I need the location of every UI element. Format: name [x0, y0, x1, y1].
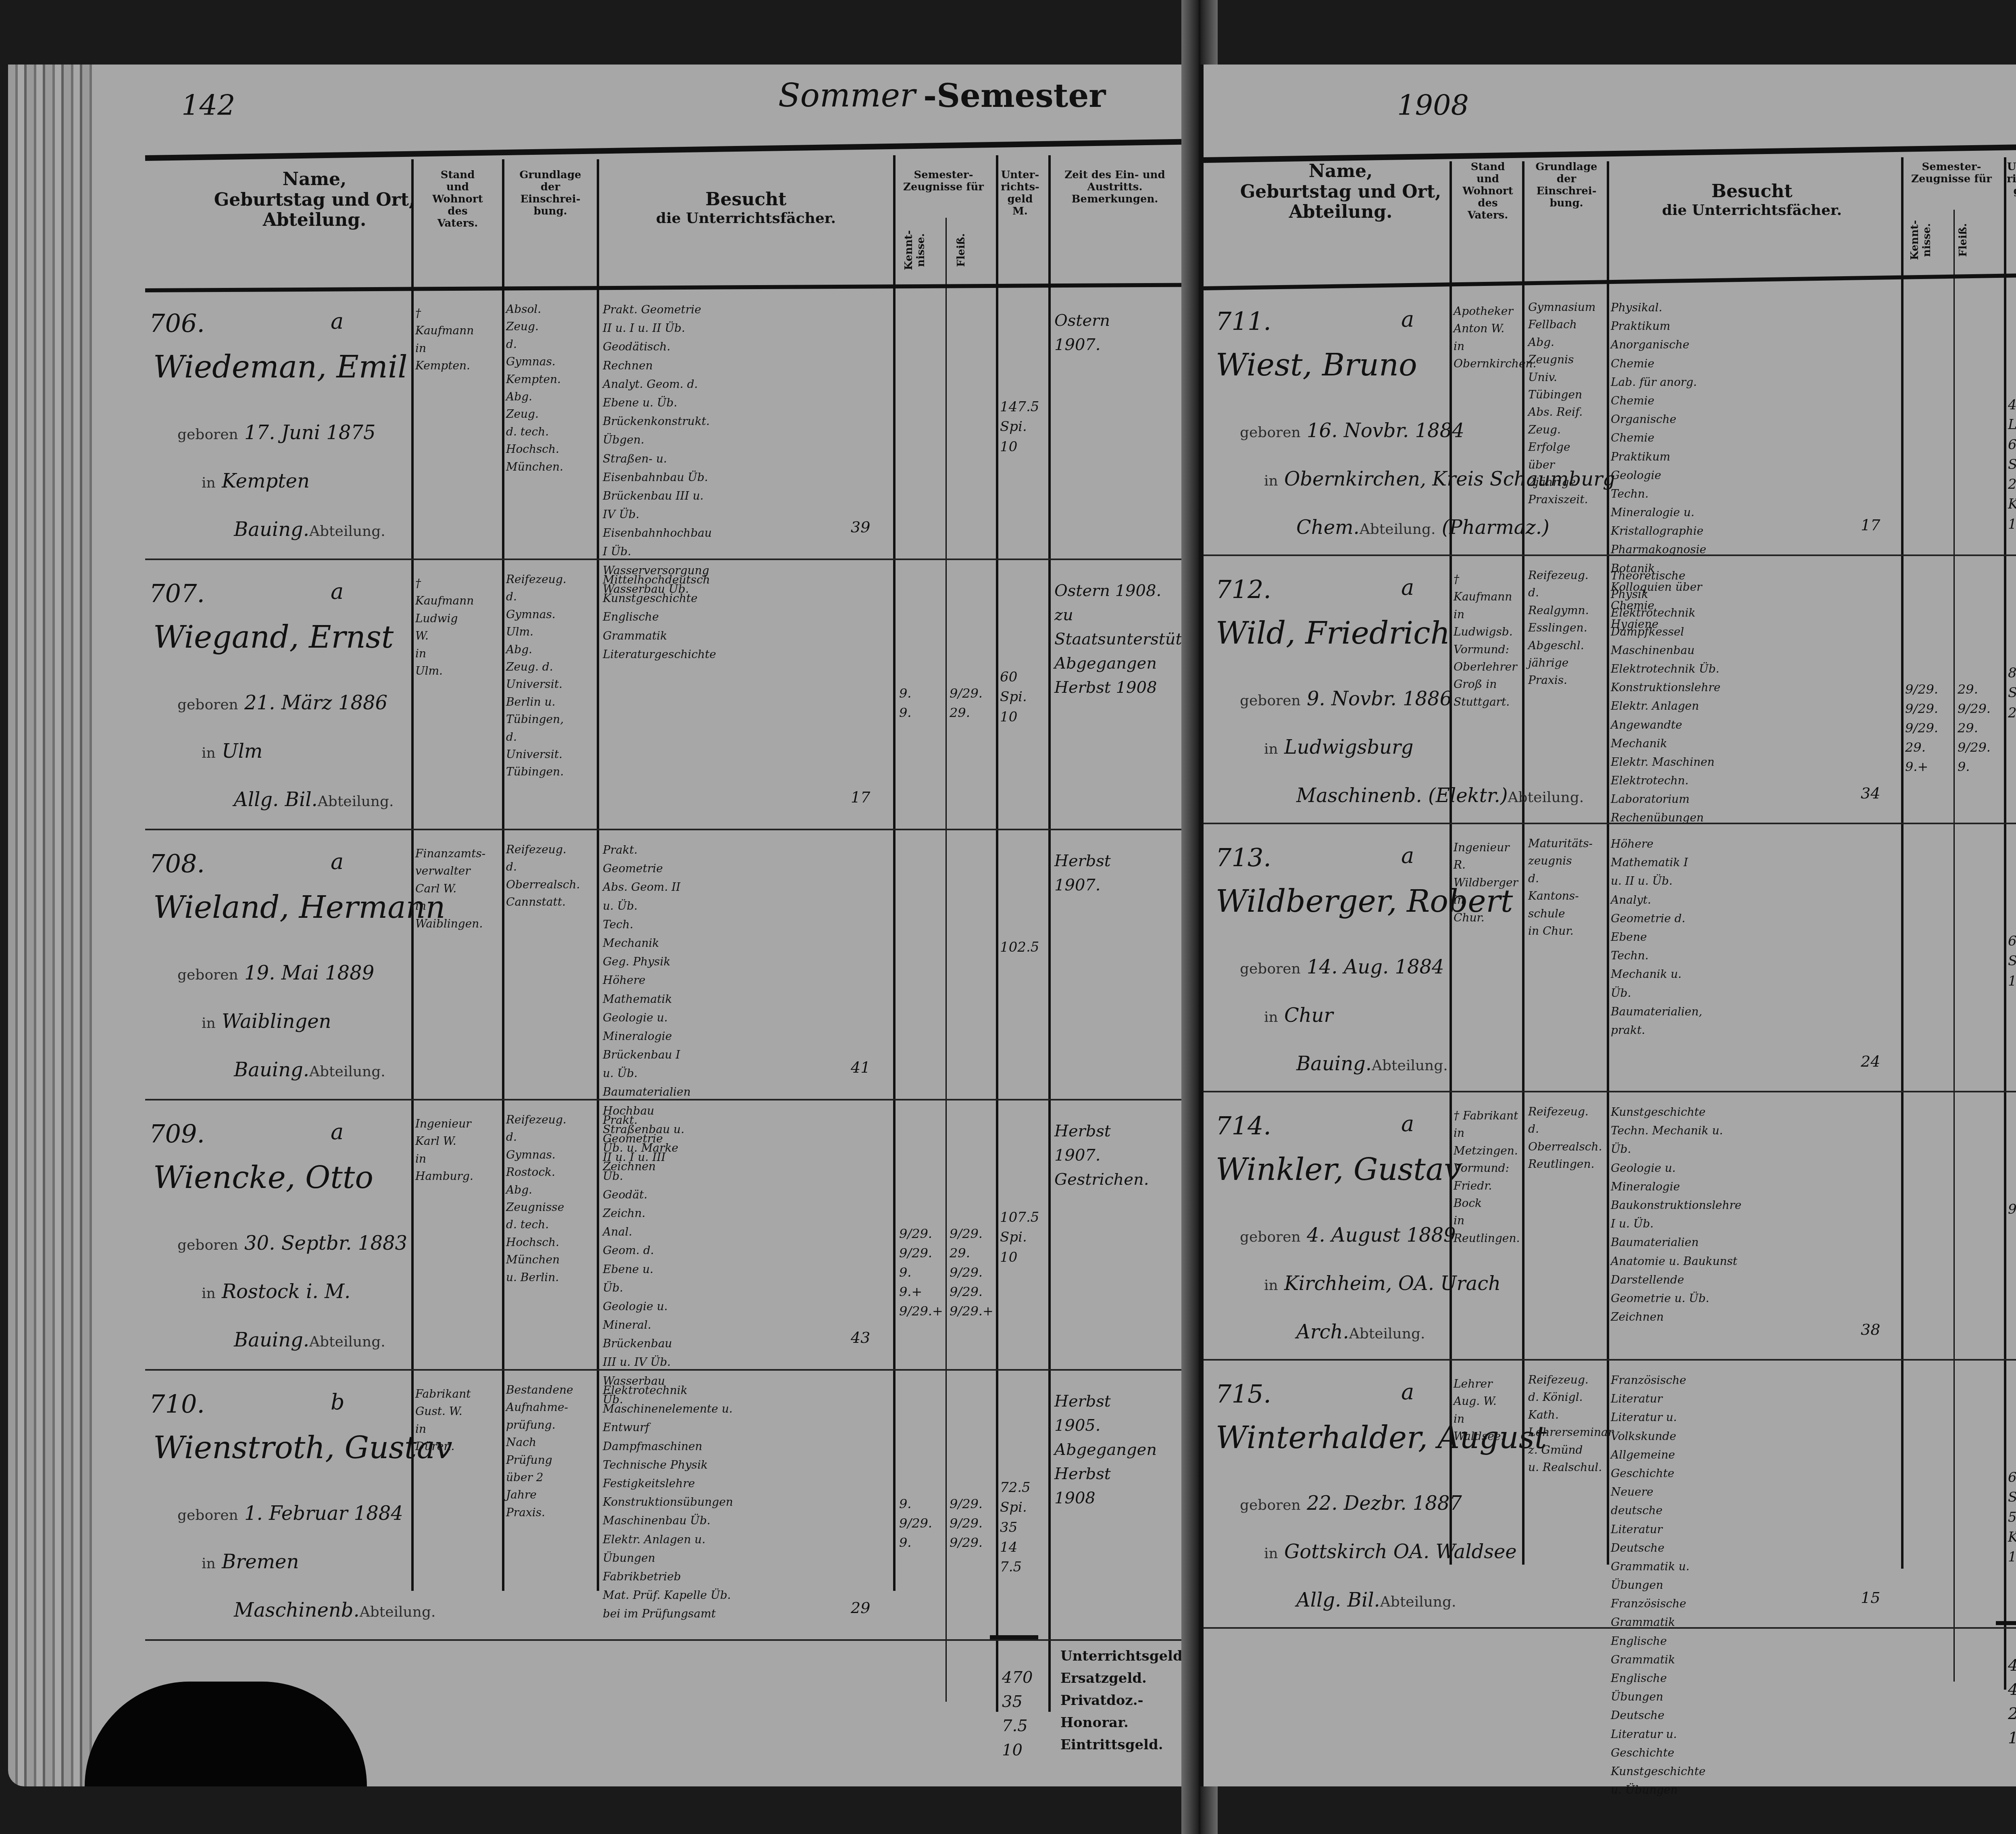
department: Bauing. [234, 518, 309, 541]
father-info: Apotheker Anton W. in Obernkirchen. [1454, 302, 1536, 373]
department-line: Allg. Bil.Abteilung. [1296, 1589, 1456, 1611]
birth-date-line: geboren 17. Juni 1875 [177, 421, 375, 444]
column-divider [1048, 155, 1051, 1712]
birth-place: Rostock i. M. [222, 1280, 350, 1303]
birth-date-line: geboren 1. Februar 1884 [177, 1502, 403, 1525]
entry-exit-dates: Herbst 1907. [1054, 849, 1111, 897]
department-label: Abteilung. [360, 1604, 436, 1620]
entry-number: 713. [1216, 843, 1271, 872]
born-label: geboren [177, 426, 238, 443]
born-label: geboren [1240, 1229, 1301, 1245]
department-label: Abteilung. [309, 1334, 385, 1350]
grades-diligence: 9/29. 29. [950, 684, 983, 722]
department: Bauing. [234, 1329, 309, 1351]
entry-division: a [1401, 306, 1414, 332]
birth-place: Gottskirch OA. Waldsee [1284, 1540, 1517, 1563]
born-label: geboren [177, 1507, 238, 1523]
subject-count: 17 [851, 788, 870, 806]
row-separator [1204, 1359, 2016, 1361]
row-separator [145, 829, 1193, 830]
thumb-shadow [85, 1682, 367, 1786]
student-name: Wienstroth, Gustav [153, 1430, 452, 1465]
header-cert-knowledge: Kennt-nisse. [1909, 210, 1933, 270]
entry-division: a [1401, 1111, 1414, 1136]
column-divider [502, 159, 504, 1591]
in-label: in [1264, 1277, 1278, 1294]
birth-date: 4. August 1889 [1307, 1224, 1456, 1246]
department-line: Arch.Abteilung. [1296, 1321, 1425, 1343]
header-certificates: Semester-Zeugnisse für [893, 169, 994, 194]
department-label: Abteilung. [318, 793, 394, 810]
subject-count: 17 [1861, 516, 1880, 534]
tuition-fees: 80 Spi. 20 [2008, 663, 2016, 723]
department-label: Abteilung. [1349, 1325, 1425, 1342]
entry-number: 707. [149, 579, 205, 608]
row-separator [1204, 823, 2016, 824]
entry-number: 711. [1216, 306, 1271, 336]
student-name: Wiegand, Ernst [153, 619, 394, 655]
department-line: Chem.Abteilung. (Pharmaz.) [1296, 516, 1549, 539]
birth-date: 30. Septbr. 1883 [244, 1232, 407, 1255]
row-separator [1204, 554, 2016, 556]
student-name: Winkler, Gustav [1216, 1151, 1461, 1187]
totals-rule [990, 1635, 1038, 1639]
student-name: Wiest, Bruno [1216, 347, 1417, 383]
student-name: Wild, Friedrich [1216, 615, 1450, 651]
entry-division: a [331, 308, 344, 334]
column-divider [597, 159, 599, 1591]
department: Maschinenb. (Elektr.) [1296, 784, 1508, 807]
row-separator [145, 1099, 1193, 1100]
row-separator [145, 559, 1193, 560]
born-label: geboren [177, 696, 238, 713]
tuition-fees: 95 [2008, 1200, 2016, 1219]
column-divider [1901, 157, 1904, 1569]
entry-exit-dates: Ostern 1907. [1054, 308, 1110, 357]
in-label: in [202, 1555, 216, 1572]
entry-number: 706. [149, 308, 205, 338]
right-page: 1908 143 Name,Geburtstag und Ort,Abteilu… [1200, 65, 2016, 1786]
student-name: Wiedeman, Emil [153, 349, 408, 385]
department-label: Abteilung. [1360, 521, 1436, 538]
enrollment-basis: Reifezeug. d. Realgymn. Esslingen. Abges… [1528, 567, 1589, 689]
father-info: † Fabrikant in Metzingen. Vormund: Fried… [1454, 1107, 1520, 1247]
grades-knowledge: 9/29. 9/29. 9. 9.+ 9/29.+ [899, 1224, 943, 1321]
in-label: in [202, 475, 216, 491]
department-line: Allg. Bil.Abteilung. [234, 788, 394, 811]
subjects-attended: Prakt. Geometrie II u. I u. II Üb. Geodä… [603, 300, 712, 598]
birth-date-line: geboren 9. Novbr. 1886 [1240, 688, 1452, 710]
grades-knowledge: 9/29. 9/29. 9/29. 29. 9.+ [1905, 679, 1938, 776]
subjects-attended: Kunstgeschichte Techn. Mechanik u. Üb. G… [1611, 1103, 1741, 1326]
birth-date-line: geboren 22. Dezbr. 1887 [1240, 1492, 1462, 1515]
subjects-attended: Mittelhochdeutsch Kunstgeschichte Englis… [603, 571, 716, 664]
header-father: StandundWohnortdesVaters. [411, 169, 504, 229]
tuition-fees: 72.5 Spi. 35 14 7.5 [1000, 1478, 1031, 1577]
grades-diligence: 9/29. 9/29. 9/29. [950, 1494, 983, 1552]
tuition-fees: 60 Spi. 10 [1000, 667, 1027, 727]
enrollment-basis: Reifezeug. d. Gymnas. Rostock. Abg. Zeug… [506, 1111, 566, 1286]
enrollment-basis: Reifezeug. d. Gymnas. Ulm. Abg. Zeug. d.… [506, 571, 566, 781]
right-totals-values: 402.5492910 [2008, 1629, 2016, 1774]
row-separator [1204, 1627, 2016, 1629]
header-tuition: Unter-richts-geldM. [996, 169, 1044, 218]
in-label: in [1264, 741, 1278, 757]
subjects-attended: Theoretische Physik Elektrotechnik Dampf… [1611, 567, 1720, 827]
entry-division: a [331, 849, 344, 874]
header-cert-knowledge: Kennt-nisse. [903, 218, 927, 282]
enrollment-basis: Bestandene Aufnahme- prüfung. Nach Prüfu… [506, 1381, 573, 1521]
department: Chem. [1296, 516, 1360, 539]
tuition-fees: 60 Spi. 5 Kol. 10 [2008, 1468, 2016, 1567]
department: Maschinenb. [234, 1599, 360, 1621]
born-label: geboren [177, 967, 238, 983]
header-top-rule [1204, 141, 2016, 163]
birth-place-line: in Rostock i. M. [202, 1280, 350, 1303]
father-info: † Kaufmann in Ludwigsb. Vormund: Oberleh… [1454, 571, 1517, 711]
enrollment-basis: Reifezeug. d. Oberrealsch. Cannstatt. [506, 841, 580, 911]
birth-place: Obernkirchen, Kreis Schaumburg [1284, 468, 1615, 490]
birth-date: 9. Novbr. 1886 [1307, 688, 1452, 710]
header-dates: Zeit des Ein- undAustritts.Bemerkungen. [1048, 169, 1181, 206]
column-divider [946, 218, 947, 1702]
column-divider [1450, 161, 1452, 1565]
birth-place-line: in Obernkirchen, Kreis Schaumburg [1264, 468, 1615, 490]
father-info: Ingenieur R. Wildberger in Chur. [1454, 839, 1518, 926]
department: Arch. [1296, 1321, 1349, 1343]
birth-place-line: in Bremen [202, 1551, 299, 1573]
birth-date: 21. März 1886 [244, 692, 387, 714]
entry-number: 712. [1216, 575, 1271, 604]
birth-place: Ludwigsburg [1284, 736, 1414, 759]
entry-number: 714. [1216, 1111, 1271, 1140]
department-line: Maschinenb.Abteilung. [234, 1599, 435, 1621]
subject-count: 34 [1861, 784, 1880, 802]
department-label: Abteilung. [1372, 1057, 1448, 1074]
entry-division: b [331, 1389, 345, 1415]
header-name: Name,Geburtstag und Ort,Abteilung. [1212, 161, 1470, 223]
left-totals-values: 470357.510 [1002, 1641, 1033, 1786]
department-line: Bauing.Abteilung. [234, 1329, 385, 1351]
birth-place: Ulm [222, 740, 262, 763]
header-subjects: Besuchtdie Unterrichtsfächer. [601, 190, 891, 227]
birth-place-line: in Chur [1264, 1004, 1333, 1027]
student-name: Wieland, Hermann [153, 889, 445, 925]
enrollment-basis: Absol. Zeug. d. Gymnas. Kempten. Abg. Ze… [506, 300, 563, 475]
subject-count: 41 [851, 1059, 870, 1076]
year-handwritten: 1908 [1397, 89, 1469, 122]
birth-place-line: in Kempten [202, 470, 310, 492]
tuition-fees: 42.5 Lab. 60 Spi. 29 Kol. 14 [2008, 395, 2016, 534]
header-father: StandundWohnortdesVaters. [1454, 161, 1522, 221]
birth-place: Chur [1284, 1004, 1333, 1027]
page-border [1200, 65, 1204, 1786]
birth-date: 17. Juni 1875 [244, 421, 375, 444]
father-info: Ingenieur Karl W. in Hamburg. [415, 1115, 473, 1185]
column-divider [996, 155, 998, 1712]
birth-date-line: geboren 30. Septbr. 1883 [177, 1232, 407, 1255]
header-basis: GrundlagederEinschrei-bung. [504, 169, 597, 218]
entry-division: a [331, 1119, 344, 1144]
header-bottom-rule [145, 283, 1193, 292]
born-label: geboren [1240, 1497, 1301, 1513]
column-divider [411, 159, 414, 1591]
department-note: (Pharmaz.) [1442, 516, 1549, 539]
birth-place: Bremen [222, 1551, 299, 1573]
born-label: geboren [1240, 961, 1301, 977]
tuition-fees: 102.5 [1000, 938, 1039, 957]
subject-count: 43 [851, 1329, 870, 1346]
header-cert-diligence: Fleiß. [1958, 218, 1970, 262]
entry-number: 715. [1216, 1379, 1271, 1409]
birth-place: Kirchheim, OA. Urach [1284, 1272, 1501, 1295]
department-label: Abteilung. [1508, 789, 1584, 806]
in-label: in [202, 1015, 216, 1032]
subject-count: 24 [1861, 1052, 1880, 1070]
column-divider [1607, 161, 1609, 1565]
in-label: in [202, 745, 216, 761]
father-info: † Kaufmann Ludwig W. in Ulm. [415, 575, 474, 679]
birth-date-line: geboren 19. Mai 1889 [177, 962, 374, 984]
subjects-attended: Prakt. Geometrie II u. I u. III Üb. Geod… [603, 1111, 672, 1409]
birth-date: 22. Dezbr. 1887 [1307, 1492, 1462, 1515]
birth-date-line: geboren 16. Novbr. 1884 [1240, 419, 1464, 442]
department: Allg. Bil. [1296, 1589, 1380, 1611]
father-info: Lehrer Aug. W. in Waldsee. [1454, 1375, 1504, 1445]
birth-place-line: in Gottskirch OA. Waldsee [1264, 1540, 1517, 1563]
birth-date: 19. Mai 1889 [244, 962, 374, 984]
header-certificates: Semester-Zeugnisse für [1903, 161, 2000, 185]
header-bottom-rule [1204, 270, 2016, 290]
subjects-attended: Höhere Mathematik I u. II u. Üb. Analyt.… [1611, 835, 1702, 1040]
left-page-number: 142 [181, 89, 235, 122]
grades-knowledge: 9. 9/29. 9. [899, 1494, 932, 1552]
entry-division: a [331, 579, 344, 604]
header-top-rule [145, 139, 1193, 161]
grades-diligence: 9/29. 29. 9/29. 9/29. 9/29.+ [950, 1224, 993, 1321]
entry-number: 709. [149, 1119, 205, 1148]
birth-date: 14. Aug. 1884 [1307, 956, 1444, 978]
born-label: geboren [1240, 424, 1301, 441]
row-separator [1204, 1091, 2016, 1092]
birth-place: Waiblingen [222, 1010, 331, 1033]
birth-date: 1. Februar 1884 [244, 1502, 403, 1525]
in-label: in [1264, 473, 1278, 489]
department-line: Bauing.Abteilung. [234, 518, 385, 541]
birth-date-line: geboren 4. August 1889 [1240, 1224, 1456, 1246]
department-line: Bauing.Abteilung. [1296, 1052, 1448, 1075]
in-label: in [1264, 1545, 1278, 1562]
header-subjects: Besuchtdie Unterrichtsfächer. [1611, 181, 1893, 219]
birth-date-line: geboren 14. Aug. 1884 [1240, 956, 1444, 978]
totals-rule [1996, 1621, 2016, 1625]
birth-date-line: geboren 21. März 1886 [177, 692, 387, 714]
column-divider [1954, 210, 1955, 1682]
entry-number: 710. [149, 1389, 205, 1419]
subjects-attended: Französische Literatur Literatur u. Volk… [1611, 1371, 1706, 1799]
entry-division: a [1401, 575, 1414, 600]
birth-place-line: in Waiblingen [202, 1010, 331, 1033]
entry-exit-dates: Herbst 1907. Gestrichen. [1054, 1119, 1149, 1192]
subject-count: 15 [1861, 1589, 1880, 1607]
column-divider [2004, 157, 2006, 1690]
semester-season-handwritten: Sommer [778, 77, 915, 114]
birth-place-line: in Kirchheim, OA. Urach [1264, 1272, 1501, 1295]
tuition-fees: 60 Spi. 10 [2008, 932, 2016, 991]
subject-count: 39 [851, 518, 870, 536]
father-info: Finanzamts- verwalter Carl W. in Waiblin… [415, 845, 485, 932]
enrollment-basis: Reifezeug. d. Königl. Kath. Lehrersemina… [1528, 1371, 1613, 1476]
born-label: geboren [1240, 692, 1301, 709]
birth-date: 16. Novbr. 1884 [1307, 419, 1464, 442]
header-basis: GrundlagederEinschrei-bung. [1526, 161, 1607, 210]
header-tuition: Unter-richts-geldM. [2006, 161, 2016, 210]
birth-place: Kempten [222, 470, 310, 492]
subject-count: 29 [851, 1599, 870, 1617]
entry-division: a [1401, 843, 1414, 868]
enrollment-basis: Maturitäts- zeugnis d. Kantons- schule i… [1528, 835, 1593, 940]
semester-title: -Semester [923, 77, 1106, 115]
subjects-attended: Elektrotechnik Maschinenelemente u. Entw… [603, 1381, 733, 1623]
entry-number: 708. [149, 849, 205, 878]
father-info: † Kaufmann in Kempten. [415, 304, 474, 375]
left-totals-labels: Unterrichtsgeld.Ersatzgeld.Privatdoz.-Ho… [1060, 1645, 1187, 1756]
grades-knowledge: 9. 9. [899, 684, 912, 722]
row-separator [145, 1369, 1193, 1371]
in-label: in [202, 1285, 216, 1302]
enrollment-basis: Reifezeug. d. Oberrealsch. Reutlingen. [1528, 1103, 1602, 1173]
student-name: Wiencke, Otto [153, 1159, 373, 1195]
row-separator [145, 1639, 1193, 1641]
department: Bauing. [1296, 1052, 1372, 1075]
father-info: Fabrikant Gust. W. in Düren. [415, 1385, 471, 1455]
tuition-fees: 147.5 Spi. 10 [1000, 397, 1039, 457]
in-label: in [1264, 1009, 1278, 1025]
birth-place-line: in Ludwigsburg [1264, 736, 1414, 759]
subject-count: 38 [1861, 1321, 1880, 1338]
birth-place-line: in Ulm [202, 740, 262, 763]
department-label: Abteilung. [309, 523, 385, 540]
department-label: Abteilung. [309, 1063, 385, 1080]
column-divider [893, 155, 896, 1591]
born-label: geboren [177, 1237, 238, 1253]
header-cert-diligence: Fleiß. [956, 226, 968, 274]
department: Bauing. [234, 1059, 309, 1081]
grades-diligence: 29. 9/29. 29. 9/29. 9. [1958, 679, 1991, 776]
entry-exit-dates: Herbst 1905. Abgegangen Herbst 1908 [1054, 1389, 1157, 1510]
department-label: Abteilung. [1380, 1594, 1456, 1610]
department: Allg. Bil. [234, 788, 318, 811]
left-page: 142 Sommer -Semester Name,Geburtstag und… [93, 65, 1198, 1786]
department-line: Bauing.Abteilung. [234, 1059, 385, 1081]
tuition-fees: 107.5 Spi. 10 [1000, 1208, 1039, 1267]
department-line: Maschinenb. (Elektr.)Abteilung. [1296, 784, 1584, 807]
entry-division: a [1401, 1379, 1414, 1405]
